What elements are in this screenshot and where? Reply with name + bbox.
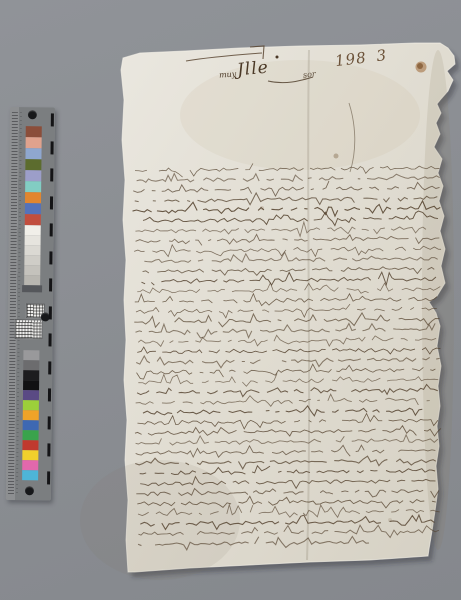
color-patch (24, 265, 40, 275)
color-patch (24, 255, 40, 265)
ruler-tick (51, 113, 54, 126)
color-patch (25, 203, 41, 214)
paper-shading (422, 50, 454, 550)
ruler-tick (49, 306, 52, 319)
folio-number-extra: 3 (375, 46, 388, 65)
digitized-manuscript-photo: muy Jlle sor 1983 (0, 0, 461, 600)
corner-stain (417, 63, 423, 69)
color-patch (25, 235, 41, 245)
paper-shading (80, 460, 240, 580)
color-patch (24, 275, 40, 285)
color-patch (22, 460, 38, 470)
color-patch (23, 360, 39, 370)
color-patch (24, 245, 40, 255)
ruler-tick (48, 361, 51, 374)
salutation-abbreviation: Jlle (236, 58, 269, 81)
color-calibration-target (6, 107, 55, 500)
ruler-tick (47, 443, 50, 456)
color-patch (23, 400, 39, 410)
registration-dot-top (28, 110, 37, 119)
color-patch (23, 430, 39, 440)
color-patch (26, 137, 42, 148)
color-patch (23, 420, 39, 430)
paper-shading (180, 60, 420, 170)
ruler-tick (50, 223, 53, 236)
color-patch (23, 390, 39, 400)
color-patch (23, 410, 39, 420)
salutation-prefix: muy (219, 69, 237, 79)
color-patch-stack-bottom (22, 350, 39, 480)
color-patch (22, 450, 38, 460)
color-patch (26, 126, 42, 137)
color-patch (25, 225, 41, 235)
ruler-tick (51, 141, 54, 154)
manuscript-page (0, 0, 461, 600)
ruler-tick (49, 278, 52, 291)
ruler-tick (50, 168, 53, 181)
fox-spot (334, 154, 339, 159)
ruler-tick (47, 471, 50, 484)
ruler-tick (49, 251, 52, 264)
color-patch (25, 192, 41, 203)
color-patch (25, 170, 41, 181)
ruler-tick (50, 196, 53, 209)
salutation-suffix: sor (303, 69, 317, 79)
color-patch (23, 380, 39, 390)
color-patch (25, 159, 41, 170)
resolution-target-label (15, 319, 43, 339)
color-patch-stack-top (24, 126, 42, 292)
color-patch (22, 285, 42, 292)
invocation-dot (276, 56, 279, 59)
color-patch (23, 370, 39, 380)
ruler-tick (48, 416, 51, 429)
folio-number-main: 198 (334, 48, 368, 70)
ruler-tick (48, 333, 51, 346)
registration-dot-bottom (25, 486, 34, 495)
color-patch (22, 440, 38, 450)
color-patch (23, 350, 39, 360)
color-patch (22, 470, 38, 480)
color-patch (25, 148, 41, 159)
ruler-tick (48, 388, 51, 401)
color-patch (25, 214, 41, 225)
color-patch (25, 181, 41, 192)
